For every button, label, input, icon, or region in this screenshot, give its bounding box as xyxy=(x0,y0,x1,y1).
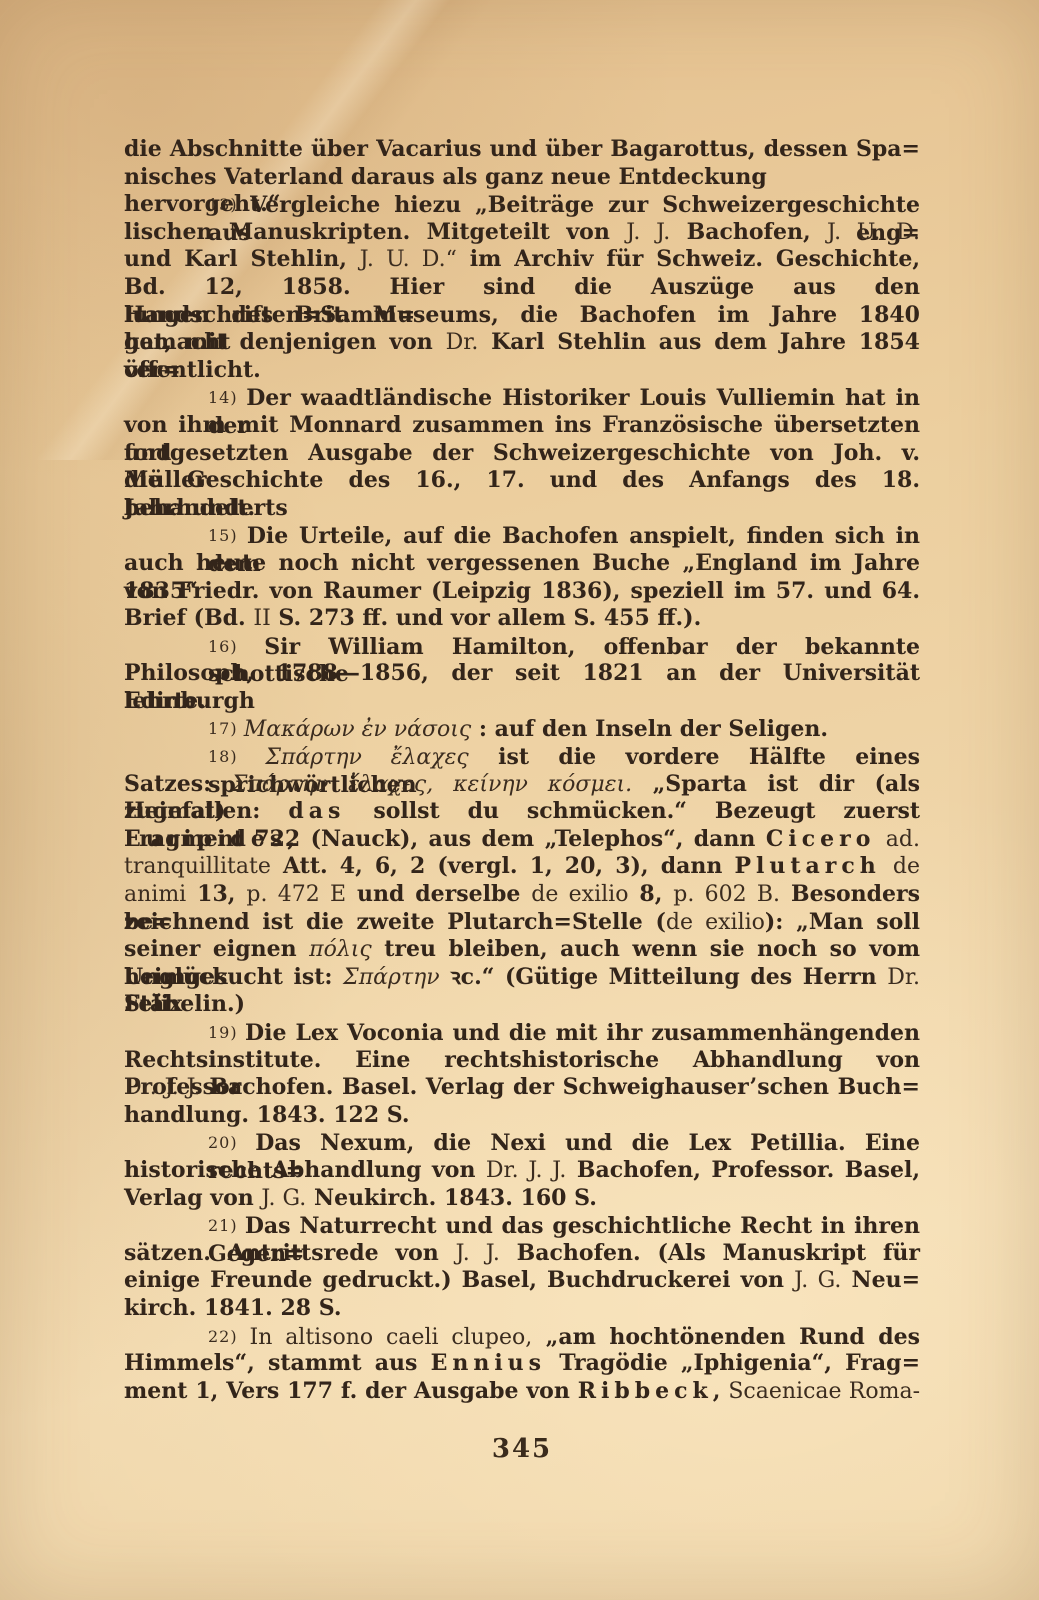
fraktur-text: Satzes: xyxy=(124,771,232,797)
fraktur-text: handlung. 1843. 122 S. xyxy=(124,1102,410,1128)
fraktur-text: von Friedr. von Raumer (Leipzig 1836), s… xyxy=(124,578,920,604)
text-line: heimgesucht ist: Σπάρτην ꝛc.“ (Gütige Mi… xyxy=(124,964,920,992)
fraktur-text: kirch. 1841. 28 S. xyxy=(124,1295,342,1321)
fraktur-text: hat, mit denjenigen von xyxy=(124,329,446,355)
text-line: zeichnend ist die zweite Plutarch=Stelle… xyxy=(124,909,920,937)
text-line: lungen des Brit. Museums, die Bachofen i… xyxy=(124,302,920,330)
antiqua-text: de exilio xyxy=(531,882,628,907)
footnote-19: 19) Die Lex Voconia und die mit ihr zusa… xyxy=(124,1019,920,1129)
emphasized-name: Plutarch xyxy=(734,853,880,879)
antiqua-text: de exilio xyxy=(666,910,765,935)
text-line: lischen Manuskripten. Mitgeteilt von J. … xyxy=(124,219,920,247)
footnote-15: 15) Die Urteile, auf die Bachofen anspie… xyxy=(124,522,920,632)
fraktur-text: und derselbe xyxy=(346,881,531,907)
fraktur-text: Neukirch. 1843. 160 S. xyxy=(306,1185,597,1211)
greek-text: Μακάρων ἐν νάσοις xyxy=(244,717,472,742)
fraktur-text: Brief (Bd. xyxy=(124,605,253,631)
text-line: Verlag von J. G. Neukirch. 1843. 160 S. xyxy=(124,1185,920,1213)
footnote-14: 14) Der waadtländische Historiker Louis … xyxy=(124,384,920,522)
fraktur-text: Die Lex Voconia und die mit ihr zusammen… xyxy=(245,1020,920,1046)
footnote-number: 22) xyxy=(208,1327,250,1346)
footnote-number: 13) xyxy=(208,195,250,214)
antiqua-text: Dr. J. J. xyxy=(124,1075,201,1100)
emphasized-name: Cicero xyxy=(766,826,876,852)
footnote-18: 18) Σπάρτην ἔλαχες ist die vordere Hälft… xyxy=(124,743,920,1019)
text-line: öffentlicht. xyxy=(124,357,920,385)
footnote-number: 21) xyxy=(208,1216,245,1235)
fraktur-text: , xyxy=(713,1378,729,1404)
antiqua-text: J. G. xyxy=(794,1268,841,1293)
emphasized-name: das xyxy=(288,798,345,824)
text-line: hat, mit denjenigen von Dr. Karl Stehlin… xyxy=(124,329,920,357)
text-line: von ihm mit Monnard zusammen ins Französ… xyxy=(124,412,920,440)
text-line: seiner eignen πόλις treu bleiben, auch w… xyxy=(124,936,920,964)
fraktur-text: ): „Man soll xyxy=(765,909,920,935)
text-line: Philosoph, 1788—1856, der seit 1821 an d… xyxy=(124,660,920,688)
text-line: behandelt. xyxy=(124,495,920,523)
footnote-number: 16) xyxy=(208,637,264,656)
text-line: 19) Die Lex Voconia und die mit ihr zusa… xyxy=(124,1019,920,1047)
text-line: und Karl Stehlin, J. U. D.“ im Archiv fü… xyxy=(124,246,920,274)
text-line: 21) Das Naturrecht und das geschichtlich… xyxy=(124,1212,920,1240)
footnote-number: 14) xyxy=(208,388,246,407)
antiqua-text: de xyxy=(893,854,920,879)
antiqua-text: J. J. xyxy=(626,220,670,245)
fraktur-text xyxy=(875,826,885,852)
footnote-number: 17) xyxy=(208,719,244,738)
footnote-number: 15) xyxy=(208,526,247,545)
emphasized-name: Ribbeck xyxy=(578,1378,713,1404)
fraktur-text: heimgesucht ist: xyxy=(124,964,343,990)
text-line: animi 13, p. 472 E und derselbe de exili… xyxy=(124,881,920,909)
text-line: einige Freunde gedruckt.) Basel, Buchdru… xyxy=(124,1267,920,1295)
fraktur-text: Bachofen, Professor. Basel, xyxy=(566,1157,920,1183)
greek-text: Σπάρτην ἔλαχες, κείνην κόσμει. xyxy=(232,772,632,797)
greek-text: Σπάρτην ἔλαχες xyxy=(265,745,468,770)
fraktur-text: zeichnend ist die zweite Plutarch=Stelle… xyxy=(124,909,666,935)
footnote-22: 22) In altisono caeli clupeo, „am hochtö… xyxy=(124,1323,920,1406)
text-line: 17) Μακάρων ἐν νάσοις : auf den Inseln d… xyxy=(124,715,920,743)
fraktur-text: Bachofen, xyxy=(670,219,827,245)
text-line: 16) Sir William Hamilton, offenbar der b… xyxy=(124,633,920,661)
fraktur-text: lischen Manuskripten. Mitgeteilt von xyxy=(124,219,626,245)
footnotes-text-block: die Abschnitte über Vacarius und über Ba… xyxy=(124,136,920,1405)
footnote-13: 13) Vergleiche hiezu „Beiträge zur Schwe… xyxy=(124,191,920,384)
text-line: kirch. 1841. 28 S. xyxy=(124,1295,920,1323)
antiqua-text: p. 602 B. xyxy=(673,882,780,907)
footnote-17: 17) Μακάρων ἐν νάσοις : auf den Inseln d… xyxy=(124,715,920,743)
footnote-20: 20) Das Nexum, die Nexi und die Lex Peti… xyxy=(124,1129,920,1212)
fraktur-text: lehrte. xyxy=(124,688,206,714)
fraktur-text: im Archiv für Schweiz. Geschichte, xyxy=(457,246,920,272)
antiqua-text: J. G. xyxy=(261,1186,306,1211)
text-line: von Friedr. von Raumer (Leipzig 1836), s… xyxy=(124,578,920,606)
text-line: fortgesetzten Ausgabe der Schweizergesch… xyxy=(124,440,920,468)
text-line: Brief (Bd. II S. 273 ff. und vor allem S… xyxy=(124,605,920,633)
footnote-21: 21) Das Naturrecht und das geschichtlich… xyxy=(124,1212,920,1322)
text-line: historische Abhandlung von Dr. J. J. Bac… xyxy=(124,1157,920,1185)
fraktur-text: Himmels“, stammt aus xyxy=(124,1350,431,1376)
fraktur-text: zugefallen: xyxy=(124,798,288,824)
fraktur-text: Tragödie „Iphigenia“, Frag= xyxy=(546,1350,920,1376)
text-line: Bd. 12, 1858. Hier sind die Auszüge aus … xyxy=(124,274,920,302)
fraktur-text: seiner eignen xyxy=(124,936,309,962)
fraktur-text: ment 1, Vers 177 f. der Ausgabe von xyxy=(124,1378,578,1404)
text-line: 20) Das Nexum, die Nexi und die Lex Peti… xyxy=(124,1129,920,1157)
text-line: Rechtsinstitute. Eine rechtshistorische … xyxy=(124,1047,920,1075)
book-page: die Abschnitte über Vacarius und über Ba… xyxy=(0,0,1039,1600)
fraktur-text: Bachofen. (Als Manuskript für xyxy=(500,1240,920,1266)
antiqua-text: II xyxy=(253,606,270,631)
fraktur-text: einige Freunde gedruckt.) Basel, Buchdru… xyxy=(124,1267,794,1293)
fraktur-text: S. 273 ff. und vor allem S. 455 ff.). xyxy=(271,605,701,631)
text-line: Stähelin.) xyxy=(124,991,920,1019)
fraktur-text: 8, xyxy=(628,881,673,907)
fraktur-text: behandelt. xyxy=(124,495,255,521)
fraktur-text xyxy=(881,853,893,879)
fraktur-text: 13, xyxy=(186,881,246,907)
fraktur-text: Verlag von xyxy=(124,1185,261,1211)
text-line: handlung. 1843. 122 S. xyxy=(124,1102,920,1130)
antiqua-text: Dr. J. J. xyxy=(486,1158,567,1183)
fraktur-text: Neu= xyxy=(841,1267,920,1293)
antiqua-text: tranquillitate xyxy=(124,854,271,879)
footnote-number: 19) xyxy=(208,1023,245,1042)
text-line: ment 1, Vers 177 f. der Ausgabe von Ribb… xyxy=(124,1378,920,1406)
text-line: die Abschnitte über Vacarius und über Ba… xyxy=(124,136,920,164)
fraktur-text: öffentlicht. xyxy=(124,357,261,383)
antiqua-text: J. U. D.“ xyxy=(360,247,457,272)
text-line: 22) In altisono caeli clupeo, „am hochtö… xyxy=(124,1323,920,1351)
antiqua-text: Scaenicae Roma- xyxy=(728,1379,920,1404)
text-line: auch heute noch nicht vergessenen Buche … xyxy=(124,550,920,578)
fraktur-text: ꝛc.“ (Gütige Mitteilung des Herrn xyxy=(440,964,888,990)
text-line: die Geschichte des 16., 17. und des Anfa… xyxy=(124,467,920,495)
antiqua-text: J. J. xyxy=(456,1241,500,1266)
fraktur-text: sollst du schmücken.“ Bezeugt zuerst xyxy=(345,798,920,824)
greek-text: Σπάρτην xyxy=(343,965,440,990)
fraktur-text: Stähelin.) xyxy=(124,991,245,1017)
text-line: Satzes: Σπάρτην ἔλαχες, κείνην κόσμει. „… xyxy=(124,771,920,799)
antiqua-text: In altisono caeli clupeo, xyxy=(250,1325,533,1350)
footnote-16: 16) Sir William Hamilton, offenbar der b… xyxy=(124,633,920,716)
text-line: sätzen. Antrittsrede von J. J. Bachofen.… xyxy=(124,1240,920,1268)
text-line: Himmels“, stammt aus Ennius Tragödie „Ip… xyxy=(124,1350,920,1378)
antiqua-text: Dr. xyxy=(446,330,479,355)
text-line: 18) Σπάρτην ἔλαχες ist die vordere Hälft… xyxy=(124,743,920,771)
fraktur-text: : auf den Inseln der Seligen. xyxy=(471,716,828,742)
footnote-number: 18) xyxy=(208,747,265,766)
fraktur-text: „am hochtönenden Rund des xyxy=(532,1324,920,1350)
page-number: 345 xyxy=(124,1434,920,1464)
text-line: nisches Vaterland daraus als ganz neue E… xyxy=(124,164,920,192)
emphasized-name: Ennius xyxy=(431,1350,547,1376)
text-line: tranquillitate Att. 4, 6, 2 (vergl. 1, 2… xyxy=(124,853,920,881)
continuation-paragraph: die Abschnitte über Vacarius und über Ba… xyxy=(124,136,920,191)
text-line: 15) Die Urteile, auf die Bachofen anspie… xyxy=(124,522,920,550)
antiqua-text: animi xyxy=(124,882,186,907)
fraktur-text: historische Abhandlung von xyxy=(124,1157,486,1183)
fraktur-text: Att. 4, 6, 2 (vergl. 1, 20, 3), dann xyxy=(271,853,735,879)
footnote-number: 20) xyxy=(208,1133,255,1152)
fraktur-text: und Karl Stehlin, xyxy=(124,246,360,272)
fraktur-text: die Abschnitte über Vacarius und über Ba… xyxy=(124,136,920,162)
antiqua-text: Dr. xyxy=(887,965,920,990)
greek-text: πόλις xyxy=(309,937,372,962)
text-line: zugefallen: das sollst du schmücken.“ Be… xyxy=(124,798,920,826)
antiqua-text: ad. xyxy=(886,827,920,852)
fraktur-text: Fragment 722 (Nauck), aus dem „Telephos“… xyxy=(124,826,766,852)
fraktur-text: sätzen. Antrittsrede von xyxy=(124,1240,456,1266)
fraktur-text: Bachofen. Basel. Verlag der Schweighause… xyxy=(201,1074,920,1100)
text-line: Fragment 722 (Nauck), aus dem „Telephos“… xyxy=(124,826,920,854)
antiqua-text: J. U. D. xyxy=(827,220,920,245)
text-line: 14) Der waadtländische Historiker Louis … xyxy=(124,384,920,412)
antiqua-text: p. 472 E xyxy=(246,882,346,907)
text-line: Dr. J. J. Bachofen. Basel. Verlag der Sc… xyxy=(124,1074,920,1102)
text-line: 13) Vergleiche hiezu „Beiträge zur Schwe… xyxy=(124,191,920,219)
